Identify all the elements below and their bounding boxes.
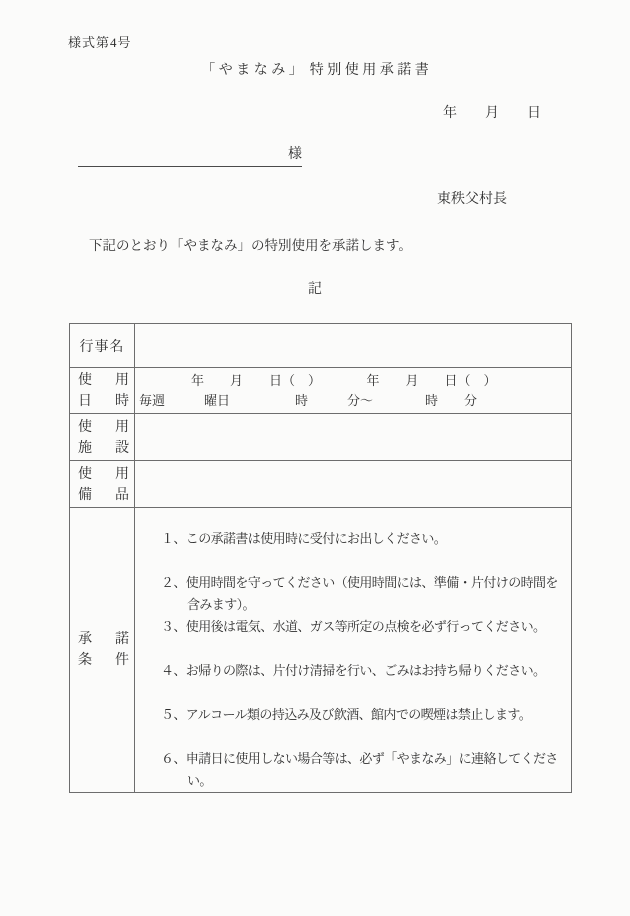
use-facility-label-line1: 使用: [71, 417, 133, 438]
event-name-label: 行事名: [71, 336, 133, 356]
use-datetime-label-line2: 日時: [71, 391, 133, 412]
form-number: 様式第4号: [68, 35, 132, 51]
addressee-honorific: 様: [288, 147, 302, 162]
addressee-underline: 様: [78, 146, 302, 167]
condition-item-6: ６、申請日に使用しない場合等は、必ず「やまなみ」に連絡してください。: [161, 748, 567, 792]
conditions-label-cell: 承諾 条件: [70, 508, 135, 793]
use-datetime-input-cell[interactable]: 年 月 日（ ） 年 月 日（ ） 毎週 曜日 時 分～ 時 分: [135, 368, 572, 414]
use-datetime-line2: 毎週 曜日 時 分～ 時 分: [139, 391, 569, 411]
condition-item-2: ２、使用時間を守ってください（使用時間には、準備・片付けの時間を含みます）。: [161, 572, 567, 616]
use-equipment-label-line1: 使用: [71, 464, 133, 485]
record-heading: 記: [0, 281, 630, 299]
condition-item-1: １、この承諾書は使用時に受付にお出しください。: [161, 528, 567, 550]
use-datetime-label-line1: 使用: [71, 370, 133, 391]
row-use-equipment: 使用 備品: [70, 461, 572, 508]
event-name-label-cell: 行事名: [70, 324, 135, 368]
signer-title: 東秩父村長: [437, 191, 507, 209]
use-equipment-label-line2: 備品: [71, 485, 133, 506]
use-facility-input-cell[interactable]: [135, 414, 572, 461]
conditions-label-line1: 承諾: [71, 629, 133, 650]
condition-item-4: ４、お帰りの際は、片付け清掃を行い、ごみはお持ち帰りください。: [161, 660, 567, 682]
condition-item-3: ３、使用後は電気、水道、ガス等所定の点検を必ず行ってください。: [161, 616, 567, 638]
document-title: 「 や ま な み 」 特 別 使 用 承 諾 書: [0, 62, 630, 80]
use-facility-label-line2: 施設: [71, 438, 133, 459]
use-equipment-label-cell: 使用 備品: [70, 461, 135, 508]
document-sheet: 様式第4号 「 や ま な み 」 特 別 使 用 承 諾 書 年 月 日 様 …: [0, 0, 630, 916]
row-use-datetime: 使用 日時 年 月 日（ ） 年 月 日（ ） 毎週 曜日 時 分～ 時 分: [70, 368, 572, 414]
body-statement: 下記のとおり「やまなみ」の特別使用を承諾します。: [89, 237, 412, 254]
use-datetime-label-cell: 使用 日時: [70, 368, 135, 414]
use-datetime-line1: 年 月 日（ ） 年 月 日（ ）: [139, 371, 569, 391]
date-line: 年 月 日: [443, 105, 541, 123]
conditions-list-cell: １、この承諾書は使用時に受付にお出しください。 ２、使用時間を守ってください（使…: [135, 508, 572, 793]
addressee-line: 様: [78, 146, 302, 167]
form-table: 行事名 使用 日時 年 月 日（ ） 年 月 日（ ） 毎週 曜日 時 分～ 時…: [69, 323, 572, 793]
conditions-label-line2: 条件: [71, 650, 133, 671]
use-equipment-input-cell[interactable]: [135, 461, 572, 508]
row-conditions: 承諾 条件 １、この承諾書は使用時に受付にお出しください。 ２、使用時間を守って…: [70, 508, 572, 793]
row-event-name: 行事名: [70, 324, 572, 368]
use-facility-label-cell: 使用 施設: [70, 414, 135, 461]
event-name-input-cell[interactable]: [135, 324, 572, 368]
condition-item-5: ５、アルコール類の持込み及び飲酒、館内での喫煙は禁止します。: [161, 704, 567, 726]
row-use-facility: 使用 施設: [70, 414, 572, 461]
